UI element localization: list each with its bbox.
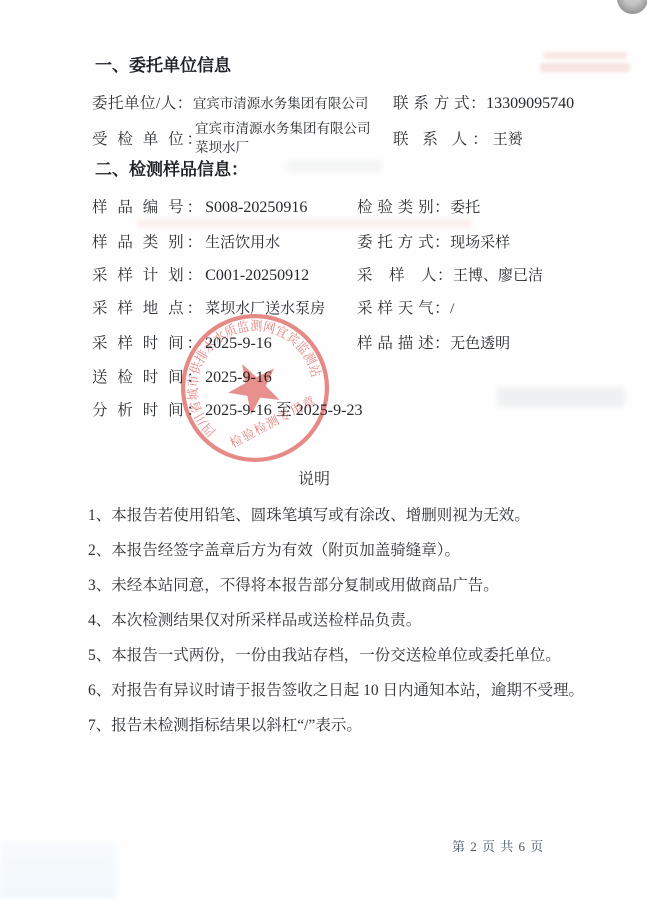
note-item: 2、本报告经签字盖章后方为有效（附页加盖骑缝章）。 bbox=[88, 533, 586, 568]
field-pair: 委 托 方 式：现场采样 bbox=[357, 232, 510, 254]
field-value: S008-20250916 bbox=[205, 199, 307, 216]
field-value: C001-20250912 bbox=[205, 267, 309, 284]
field-value: / bbox=[450, 301, 454, 317]
ink-bleed-artifact bbox=[137, 219, 472, 228]
stamp-star-icon bbox=[219, 352, 288, 420]
field-label: 检 验 类 别： bbox=[357, 199, 450, 216]
field-value: 现场采样 bbox=[450, 235, 510, 251]
field-value: 王博、廖已洁 bbox=[453, 268, 543, 284]
field-label: 样 品 类 别： bbox=[92, 234, 205, 251]
field-label: 样 品 编 号： bbox=[92, 199, 205, 216]
field-label: 委 托 方 式： bbox=[357, 234, 450, 251]
field-label: 样 品 描 述： bbox=[357, 335, 450, 352]
note-item: 3、未经本站同意，不得将本报告部分复制或用做商品广告。 bbox=[88, 568, 586, 603]
note-item: 1、本报告若使用铅笔、圆珠笔填写或有涂改、增删则视为无效。 bbox=[88, 498, 586, 533]
field-value: 13309095740 bbox=[486, 95, 574, 112]
field-label: 受 检 单 位： bbox=[92, 129, 205, 151]
note-item: 4、本次检测结果仅对所采样品或送检样品负责。 bbox=[88, 603, 586, 638]
field-label: 采 样 地 点： bbox=[92, 300, 205, 317]
notes-list: 1、本报告若使用铅笔、圆珠笔填写或有涂改、增删则视为无效。 2、本报告经签字盖章… bbox=[88, 498, 586, 743]
section1-heading: 一、委托单位信息 bbox=[95, 54, 231, 78]
field-value: 无色透明 bbox=[450, 336, 510, 352]
field-pair: 采 样 天 气：/ bbox=[357, 298, 454, 320]
scanned-report-page: 一、委托单位信息 委托单位/人：宜宾市清源水务集团有限公司 联 系 方 式：13… bbox=[0, 0, 647, 899]
section2-heading: 二、检测样品信息： bbox=[95, 158, 248, 182]
scan-tint-artifact bbox=[0, 842, 116, 899]
field-label: 采 样 天 气： bbox=[357, 300, 450, 317]
field-pair: 检 验 类 别：委托 bbox=[357, 197, 480, 219]
field-value: 宜宾市清源水务集团有限公司 菜坝水厂 bbox=[195, 119, 395, 157]
ink-bleed-artifact bbox=[543, 52, 627, 59]
note-item: 5、本报告一式两份，一份由我站存档，一份交送检单位或委托单位。 bbox=[88, 638, 586, 673]
ghost-text-artifact bbox=[286, 160, 382, 172]
field-pair: 采 样 人：王博、廖已洁 bbox=[357, 265, 543, 287]
ink-bleed-artifact bbox=[540, 63, 630, 72]
field-value: 委托 bbox=[450, 200, 480, 216]
page-number: 第 2 页 共 6 页 bbox=[452, 836, 544, 855]
sample-row: 样 品 类 别：生活饮用水 委 托 方 式：现场采样 bbox=[92, 232, 280, 254]
partial-floating-button[interactable] bbox=[617, 0, 647, 14]
notes-heading: 说明 bbox=[88, 468, 540, 492]
field-label: 联 系 人： bbox=[393, 131, 493, 148]
sample-row: 样 品 编 号：S008-20250916 检 验 类 别：委托 bbox=[92, 197, 307, 219]
field-pair: 样 品 描 述：无色透明 bbox=[357, 333, 510, 355]
field-pair: 联 系 人：王赟 bbox=[393, 129, 523, 151]
info-row: 委托单位/人：宜宾市清源水务集团有限公司 联 系 方 式：13309095740 bbox=[92, 93, 368, 115]
field-label: 采 样 人： bbox=[357, 267, 453, 284]
field-value: 宜宾市清源水务集团有限公司 bbox=[193, 96, 369, 111]
ghost-text-artifact bbox=[497, 387, 625, 407]
field-label: 采 样 计 划： bbox=[92, 267, 205, 284]
note-item: 7、报告未检测指标结果以斜杠“/”表示。 bbox=[88, 708, 586, 743]
field-value: 生活饮用水 bbox=[205, 235, 280, 251]
field-value: 王赟 bbox=[493, 132, 523, 148]
note-item: 6、对报告有异议时请于报告签收之日起 10 日内通知本站，逾期不受理。 bbox=[88, 673, 586, 708]
field-pair: 联 系 方 式：13309095740 bbox=[393, 93, 574, 115]
field-label: 联 系 方 式： bbox=[393, 95, 486, 112]
field-label: 委托单位/人： bbox=[92, 95, 193, 112]
